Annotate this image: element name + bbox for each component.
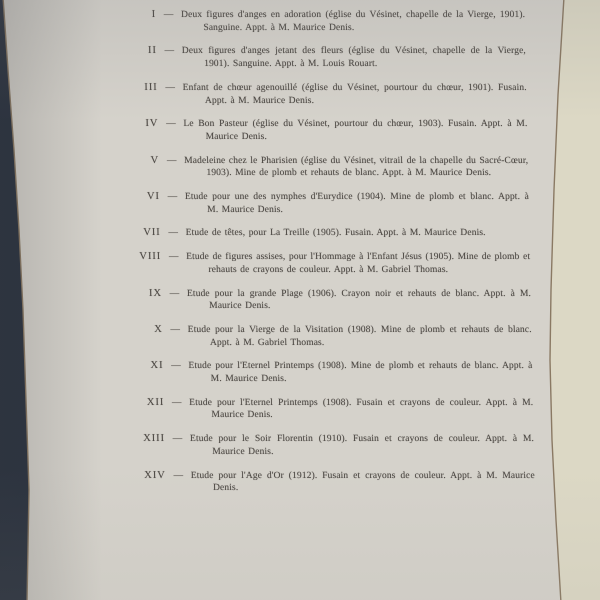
entry-dash: —	[163, 324, 189, 349]
entry-numeral: XI	[123, 360, 164, 385]
entry-dash: —	[158, 82, 184, 107]
entry-text: Etude de figures assises, pour l'Hommage…	[186, 251, 531, 276]
entry-dash: —	[166, 470, 192, 495]
catalogue-entry: X—Etude pour la Vierge de la Visitation …	[123, 324, 518, 349]
entry-text: Etude de têtes, pour La Treille (1905). …	[186, 227, 530, 240]
catalogue-list: I—Deux figures d'anges en adoration (égl…	[116, 9, 520, 506]
catalogue-entry: II—Deux figures d'anges jetant des fleur…	[117, 45, 512, 70]
entry-numeral: V	[119, 155, 160, 180]
entry-numeral: XIII	[125, 433, 166, 458]
catalogue-entry: I—Deux figures d'anges en adoration (égl…	[116, 9, 511, 34]
entry-text: Etude pour l'Age d'Or (1912). Fusain et …	[191, 470, 536, 495]
entry-dash: —	[160, 191, 186, 216]
entry-numeral: VII	[121, 227, 161, 240]
catalogue-entry: XII—Etude pour l'Eternel Printemps (1908…	[124, 397, 519, 422]
entry-numeral: III	[118, 82, 159, 107]
entry-numeral: IX	[122, 288, 163, 313]
catalogue-entry: XI—Etude pour l'Eternel Printemps (1908)…	[123, 360, 518, 385]
entry-dash: —	[165, 433, 191, 458]
entry-numeral: II	[117, 45, 158, 70]
catalogue-entry: III—Enfant de chœur agenouillé (église d…	[118, 82, 513, 107]
catalogue-entry: IX—Etude pour la grande Plage (1906). Cr…	[122, 288, 517, 313]
entry-dash: —	[164, 397, 190, 422]
entry-numeral: VIII	[121, 251, 162, 276]
entry-text: Etude pour une des nymphes d'Eurydice (1…	[185, 191, 530, 216]
entry-dash: —	[161, 227, 186, 240]
entry-text: Enfant de chœur agenouillé (église du Vé…	[183, 82, 528, 107]
entry-numeral: X	[123, 324, 164, 349]
catalogue-entry: V—Madeleine chez le Pharisien (église du…	[119, 155, 514, 180]
entry-text: Le Bon Pasteur (église du Vésinet, pourt…	[183, 118, 528, 143]
entry-dash: —	[158, 118, 184, 143]
entry-numeral: XIV	[126, 470, 167, 495]
catalogue-entry: VII—Etude de têtes, pour La Treille (190…	[121, 227, 515, 240]
catalogue-entry: VI—Etude pour une des nymphes d'Eurydice…	[120, 191, 515, 216]
entry-numeral: I	[116, 9, 157, 34]
entry-numeral: XII	[124, 397, 165, 422]
book-page-photo: I—Deux figures d'anges en adoration (égl…	[0, 0, 600, 600]
entry-text: Etude pour la grande Plage (1906). Crayo…	[187, 288, 532, 313]
entry-dash: —	[162, 288, 188, 313]
catalogue-entry: XIII—Etude pour le Soir Florentin (1910)…	[125, 433, 520, 458]
entry-dash: —	[156, 9, 182, 34]
entry-dash: —	[161, 251, 187, 276]
entry-text: Deux figures d'anges en adoration (églis…	[181, 9, 526, 34]
entry-text: Madeleine chez le Pharisien (église du V…	[184, 155, 529, 180]
entry-text: Etude pour l'Eternel Printemps (1908). F…	[189, 397, 534, 422]
entry-text: Etude pour le Soir Florentin (1910). Fus…	[190, 433, 535, 458]
entry-numeral: IV	[118, 118, 159, 143]
catalogue-entry: VIII—Etude de figures assises, pour l'Ho…	[121, 251, 516, 276]
entry-dash: —	[163, 360, 189, 385]
entry-dash: —	[159, 155, 185, 180]
entry-numeral: VI	[120, 191, 161, 216]
entry-dash: —	[157, 45, 183, 70]
catalogue-entry: IV—Le Bon Pasteur (église du Vésinet, po…	[118, 118, 513, 143]
entry-text: Etude pour la Vierge de la Visitation (1…	[188, 324, 533, 349]
entry-text: Deux figures d'anges jetant des fleurs (…	[182, 45, 527, 70]
catalogue-entry: XIV—Etude pour l'Age d'Or (1912). Fusain…	[126, 470, 521, 495]
entry-text: Etude pour l'Eternel Printemps (1908). M…	[188, 360, 533, 385]
